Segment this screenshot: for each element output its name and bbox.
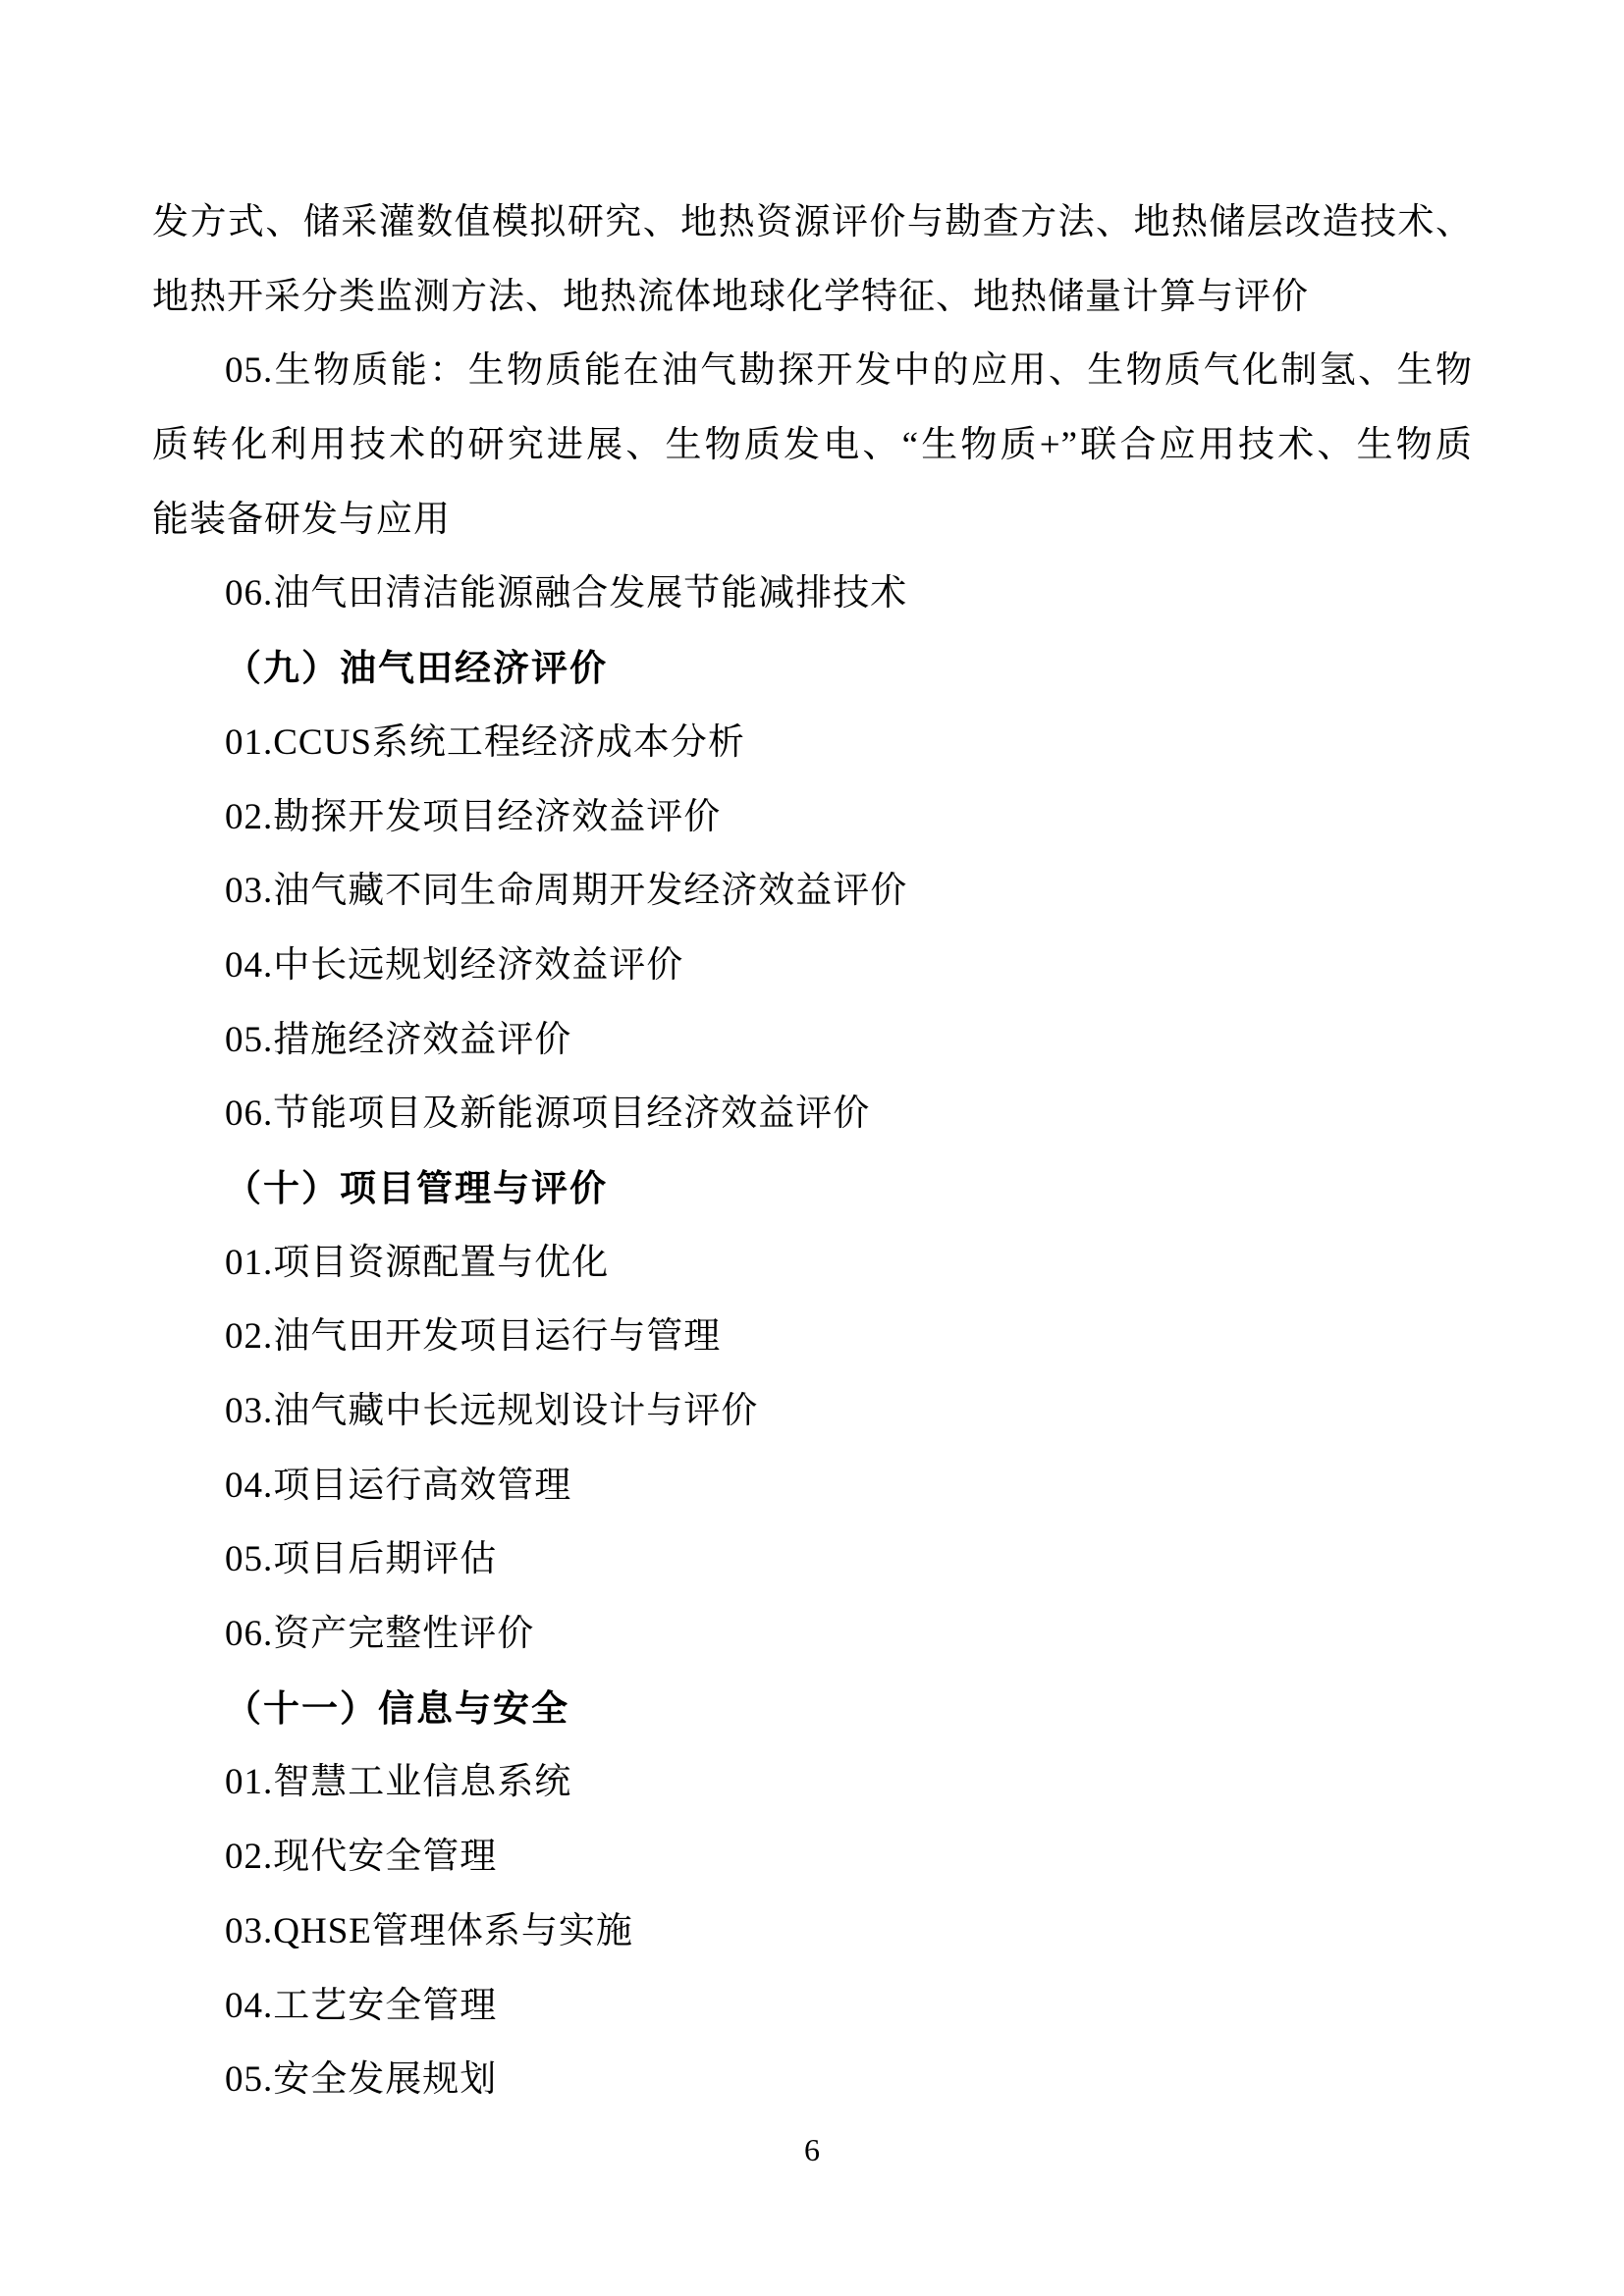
list-item-line: 03.油气藏不同生命周期开发经济效益评价 (152, 854, 1473, 929)
paragraph-line: 发方式、储采灌数值模拟研究、地热资源评价与勘查方法、地热储层改造技术、 (152, 186, 1473, 260)
list-item-line: 02.现代安全管理 (152, 1820, 1473, 1895)
list-item-line: 02.油气田开发项目运行与管理 (152, 1300, 1473, 1374)
document-lines: 发方式、储采灌数值模拟研究、地热资源评价与勘查方法、地热储层改造技术、地热开采分… (152, 186, 1473, 2117)
paragraph-line: 能装备研发与应用 (152, 483, 1473, 558)
list-item-line: 06.节能项目及新能源项目经济效益评价 (152, 1077, 1473, 1151)
list-item-line: 04.工艺安全管理 (152, 1969, 1473, 2044)
list-item-line: 04.中长远规划经济效益评价 (152, 929, 1473, 1003)
list-item-line: 06.油气田清洁能源融合发展节能减排技术 (152, 557, 1473, 631)
list-item-line: 05.生物质能：生物质能在油气勘探开发中的应用、生物质气化制氢、生物 (152, 334, 1473, 408)
list-item-line: 05.措施经济效益评价 (152, 1003, 1473, 1078)
page-number: 6 (0, 2128, 1624, 2171)
section-heading: （九）油气田经济评价 (152, 631, 1473, 706)
list-item-line: 06.资产完整性评价 (152, 1597, 1473, 1672)
list-item-line: 04.项目运行高效管理 (152, 1449, 1473, 1523)
paragraph-line: 地热开采分类监测方法、地热流体地球化学特征、地热储量计算与评价 (152, 260, 1473, 335)
document-page: 发方式、储采灌数值模拟研究、地热资源评价与勘查方法、地热储层改造技术、地热开采分… (0, 0, 1624, 2296)
section-heading: （十）项目管理与评价 (152, 1151, 1473, 1226)
list-item-line: 01.CCUS系统工程经济成本分析 (152, 706, 1473, 780)
list-item-line: 01.智慧工业信息系统 (152, 1745, 1473, 1820)
list-item-line: 03.QHSE管理体系与实施 (152, 1895, 1473, 1969)
paragraph-line: 质转化利用技术的研究进展、生物质发电、“生物质+”联合应用技术、生物质 (152, 408, 1473, 483)
list-item-line: 05.项目后期评估 (152, 1522, 1473, 1597)
list-item-line: 03.油气藏中长远规划设计与评价 (152, 1374, 1473, 1449)
list-item-line: 02.勘探开发项目经济效益评价 (152, 780, 1473, 855)
list-item-line: 05.安全发展规划 (152, 2043, 1473, 2117)
section-heading: （十一）信息与安全 (152, 1672, 1473, 1746)
list-item-line: 01.项目资源配置与优化 (152, 1226, 1473, 1301)
